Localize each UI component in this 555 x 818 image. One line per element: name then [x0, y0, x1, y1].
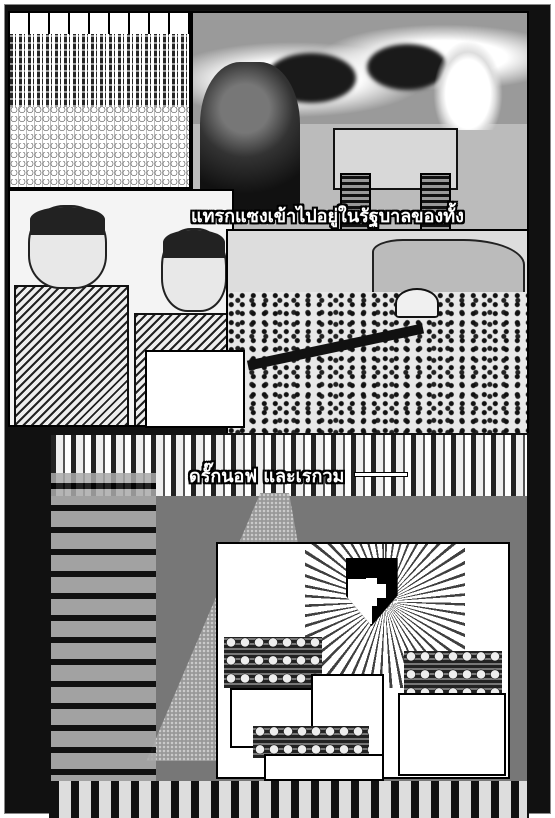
caption-narration-1: แทรกแซงเข้าไปอยู่ในรัฐบาลของทั้ง: [191, 201, 464, 230]
caption-continuation-dash: [354, 472, 408, 477]
officer-uniform: [14, 285, 129, 427]
bench: [398, 693, 506, 776]
panel-inset: [145, 350, 245, 428]
manga-page: แทรกแซงเข้าไปอยู่ในรัฐบาลของทั้ง ดรั๊กนอ…: [4, 4, 551, 814]
building-facade: [10, 13, 189, 34]
caption-narration-2: ดรั๊กนอฟ และเรกวม: [189, 461, 344, 490]
officer-head: [28, 205, 107, 289]
soldier-ranks-illustration: [10, 107, 189, 187]
soldier-helmet: [395, 288, 439, 318]
inset-tribunal: [216, 542, 510, 779]
panel-soldiers-prone: [226, 229, 529, 435]
front-desk: [264, 754, 384, 781]
panel-crowd-rally: [8, 11, 191, 189]
rubble: [51, 781, 527, 818]
officer-head: [161, 228, 227, 312]
assembly-members: [404, 651, 503, 698]
ruined-wall: [51, 473, 156, 818]
explosion: [433, 40, 503, 130]
panel-ruined-city: [49, 433, 529, 818]
assembly-members: [224, 637, 323, 688]
